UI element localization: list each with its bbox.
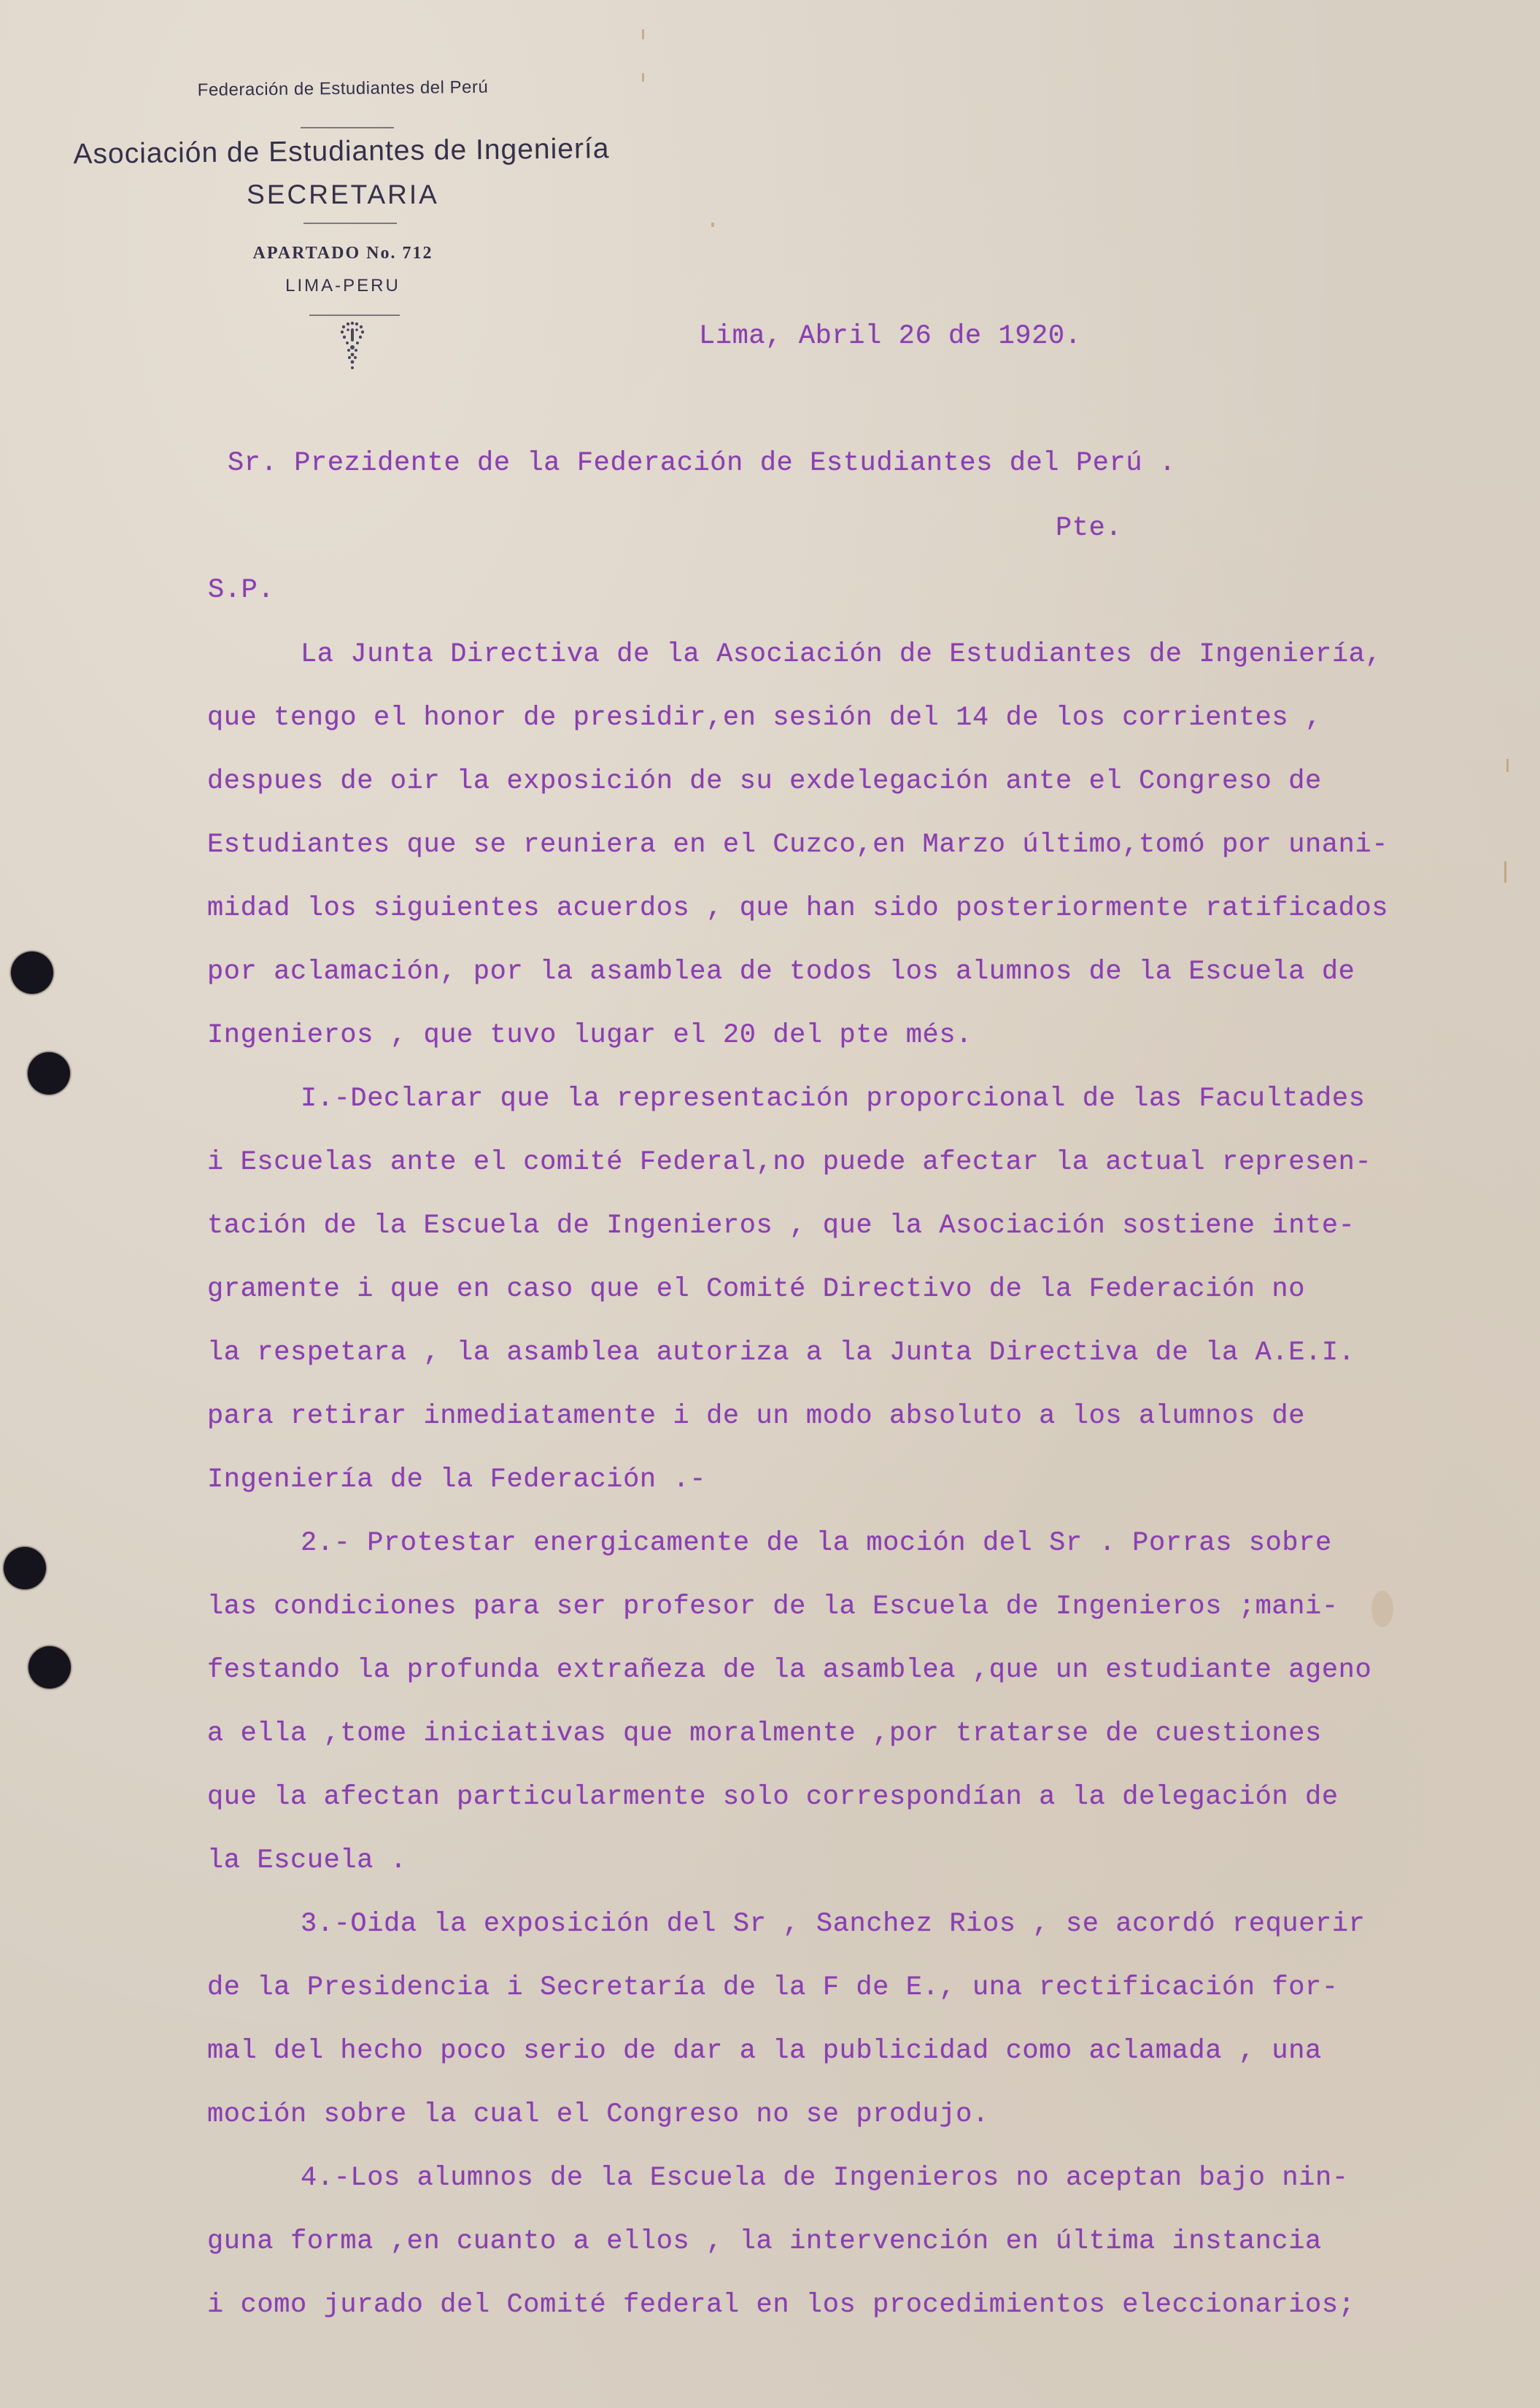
body-line: las condiciones para ser profesor de la … (207, 1591, 1339, 1622)
letterhead-rule (301, 127, 394, 128)
body-line: 3.-Oida la exposición del Sr , Sanchez R… (301, 1909, 1365, 1940)
paper-stain (1371, 1591, 1393, 1627)
body-line: guna forma ,en cuanto a ellos , la inter… (207, 2226, 1322, 2257)
letterhead-association: Asociación de Estudiantes de Ingeniería (42, 133, 641, 171)
body-line: gramente i que en caso que el Comité Dir… (207, 1274, 1305, 1305)
ornamental-emblem-icon (339, 321, 365, 372)
body-line: La Junta Directiva de la Asociación de E… (301, 639, 1382, 670)
paper-speck (642, 29, 644, 39)
letterhead-city: LIMA-PERU (233, 276, 452, 296)
body-line: moción sobre la cual el Congreso no se p… (207, 2099, 989, 2130)
body-line: para retirar inmediatamente i de un modo… (207, 1401, 1305, 1432)
letter-salutation: S.P. (208, 575, 274, 606)
punch-hole (28, 1052, 70, 1095)
punch-hole (28, 1646, 71, 1689)
paper-speck (642, 73, 644, 82)
letterhead-office: SECRETARIA (219, 180, 467, 210)
body-line: 4.-Los alumnos de la Escuela de Ingenier… (301, 2163, 1349, 2193)
paper-speck (711, 223, 714, 227)
body-line: la respetara , la asamblea autoriza a la… (207, 1338, 1355, 1368)
paper-speck (1504, 861, 1506, 883)
body-line: I.-Declarar que la representación propor… (301, 1084, 1365, 1114)
letter-addressee: Sr. Prezidente de la Federación de Estud… (228, 448, 1176, 479)
body-line: de la Presidencia i Secretaría de la F d… (207, 1972, 1339, 2003)
paper-speck (1506, 759, 1509, 772)
body-line: mal del hecho poco serio de dar a la pub… (207, 2036, 1322, 2067)
body-line: i Escuelas ante el comité Federal,no pue… (207, 1147, 1371, 1178)
body-line: 2.- Protestar energicamente de la moción… (301, 1528, 1332, 1559)
body-line: por aclamación, por la asamblea de todos… (207, 957, 1355, 987)
letterhead-rule (303, 223, 397, 224)
body-line: Estudiantes que se reuniera en el Cuzco,… (207, 830, 1388, 860)
body-line: Ingeniería de la Federación .- (207, 1465, 706, 1495)
letterhead-po-box: APARTADO No. 712 (219, 244, 467, 263)
punch-hole (4, 1547, 46, 1589)
body-line: tación de la Escuela de Ingenieros , que… (207, 1211, 1355, 1241)
letterhead-federation: Federación de Estudiantes del Perú (146, 77, 540, 101)
letterhead-rule (309, 314, 400, 316)
body-line: despues de oir la exposición de su exdel… (207, 766, 1322, 797)
punch-hole (11, 952, 53, 994)
body-line: la Escuela . (207, 1845, 407, 1876)
body-line: festando la profunda extrañeza de la asa… (207, 1655, 1371, 1686)
body-line: que tengo el honor de presidir,en sesión… (207, 703, 1322, 733)
body-line: Ingenieros , que tuvo lugar el 20 del pt… (207, 1020, 972, 1051)
letter-addressee-location: Pte. (1056, 513, 1122, 544)
body-line: a ella ,tome iniciativas que moralmente … (207, 1718, 1322, 1749)
body-line: que la afectan particularmente solo corr… (207, 1782, 1339, 1813)
body-line: i como jurado del Comité federal en los … (207, 2290, 1355, 2320)
letter-date: Lima, Abril 26 de 1920. (699, 321, 1081, 352)
body-line: midad los siguientes acuerdos , que han … (207, 893, 1388, 924)
